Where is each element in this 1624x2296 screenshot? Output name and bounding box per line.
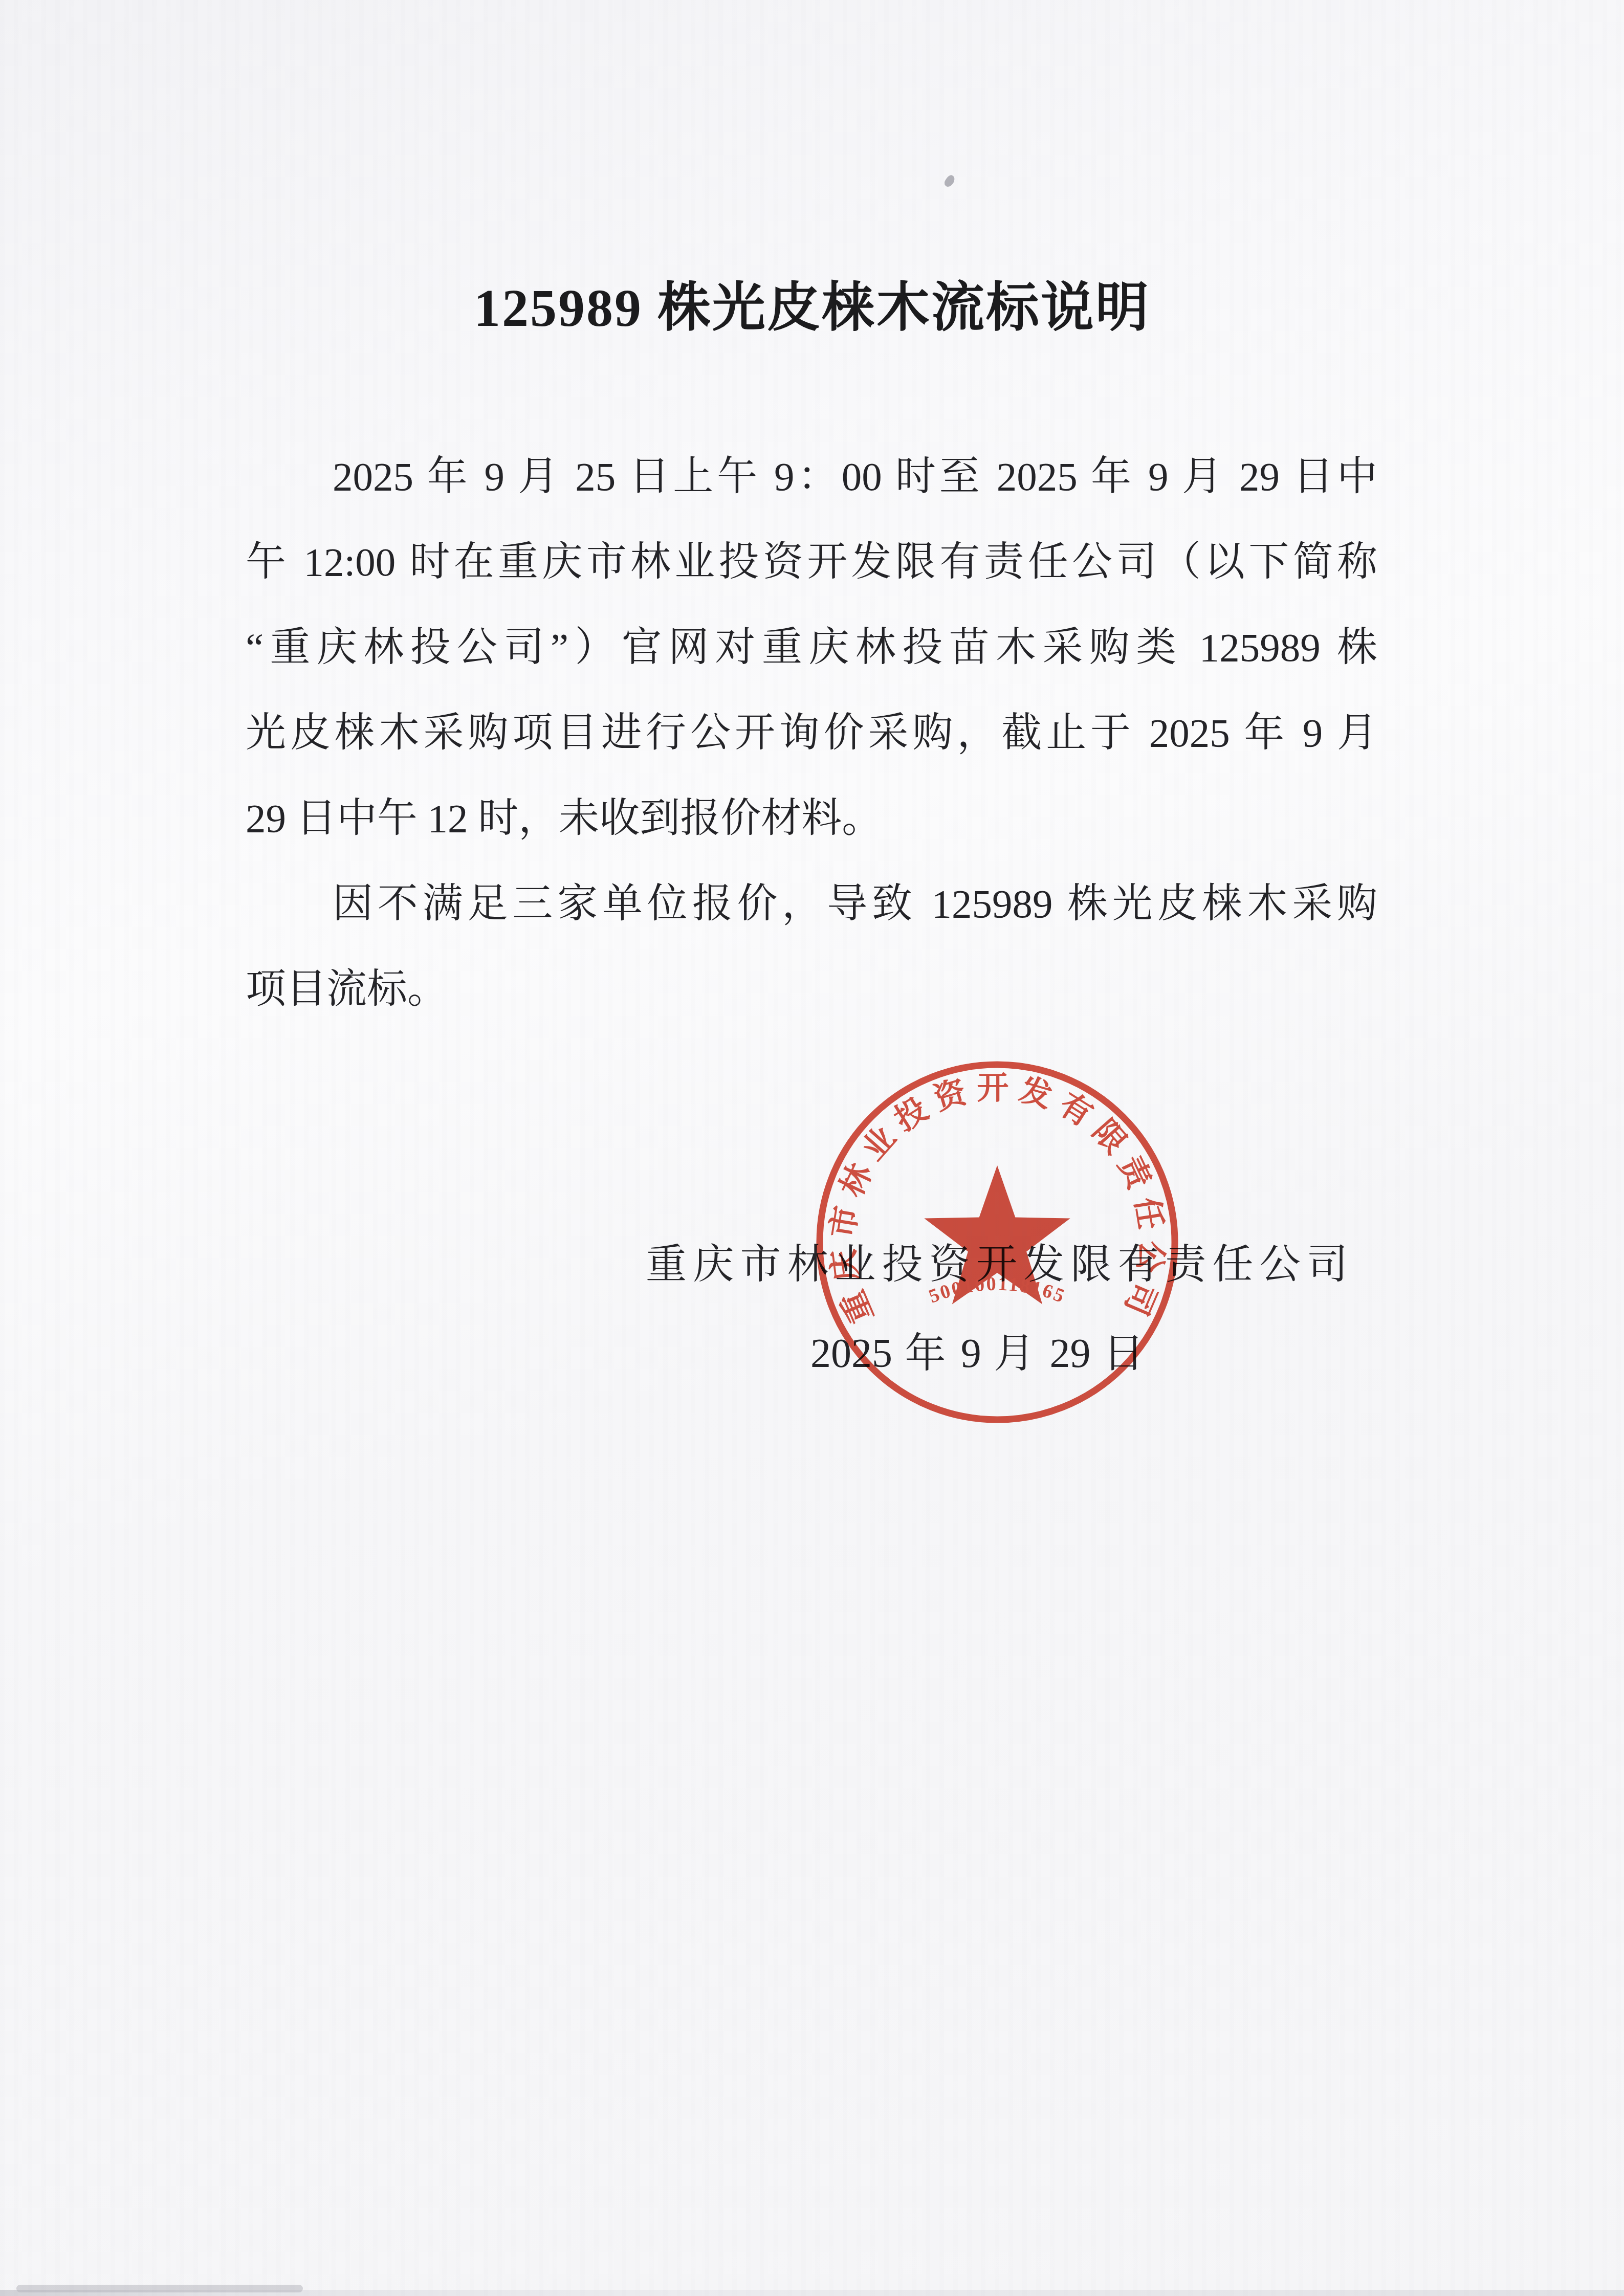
document-title: 125989 株光皮梾木流标说明 [0,275,1624,342]
scanned-document-page: 125989 株光皮梾木流标说明 2025 年 9 月 25 日上午 9：00 … [0,0,1624,2296]
body-line: 项目流标。 [246,947,1377,1032]
body-line: 29 日中午 12 时，未收到报价材料。 [246,776,1377,862]
scan-artifact-speck [942,174,956,189]
company-seal-stamp: 重庆市林业投资开发有限责任公司 500100118165 [813,1058,1181,1426]
seal-graphic: 重庆市林业投资开发有限责任公司 500100118165 [813,1058,1181,1426]
scan-edge-shadow-blob [16,2285,303,2292]
body-line: 午 12:00 时在重庆市林业投资开发限有责任公司（以下简称 [246,520,1377,605]
body-line: 光皮梾木采购项目进行公开询价采购，截止于 2025 年 9 月 [246,691,1377,776]
document-body: 2025 年 9 月 25 日上午 9：00 时至 2025 年 9 月 29 … [246,434,1377,1032]
body-line: 2025 年 9 月 25 日上午 9：00 时至 2025 年 9 月 29 … [246,434,1377,520]
body-line: 因不满足三家单位报价，导致 125989 株光皮梾木采购 [246,862,1377,947]
seal-code-text: 500100118165 [926,1273,1069,1308]
body-line: “重庆林投公司”）官网对重庆林投苗木采购类 125989 株 [246,605,1377,691]
